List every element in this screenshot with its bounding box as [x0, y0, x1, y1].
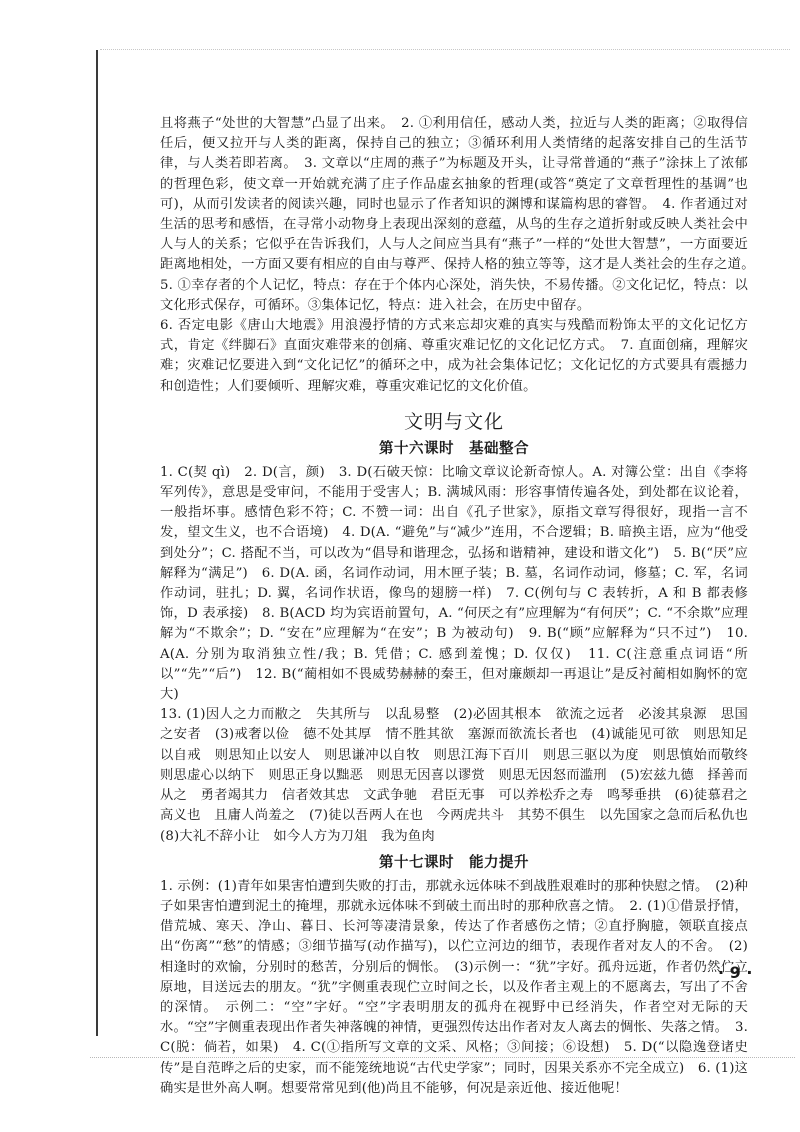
- lesson16-answer-13: 13. (1)因人之力而敝之 失其所与 以乱易整 (2)必固其根本 欲流之远者 …: [160, 705, 748, 846]
- answer-key-page: 且将燕子“处世的大智慧”凸显了出来。 2. ①利用信任，感动人类，拉近与人类的距…: [160, 114, 748, 1099]
- lesson17-title: 第十七课时 能力提升: [160, 853, 748, 873]
- previous-section-answers-6-7: 6. 否定电影《唐山大地震》用浪漫抒情的方式来忘却灾难的真实与残酷而粉饰太平的文…: [160, 316, 748, 397]
- previous-section-answers-2-5: 且将燕子“处世的大智慧”凸显了出来。 2. ①利用信任，感动人类，拉近与人类的距…: [160, 114, 748, 316]
- scan-artifact-binding-edge: [96, 50, 98, 1036]
- scan-artifact-bottom-dots: [90, 1057, 795, 1058]
- page-number: · 9 ·: [718, 963, 752, 982]
- scan-artifact-top-dots: [100, 49, 790, 50]
- lesson16-answers-1-12: 1. C(契 qì) 2. D(言，颜) 3. D(石破天惊：比喻文章议论新奇惊…: [160, 463, 748, 705]
- unit-title: 文明与文化: [160, 409, 748, 435]
- lesson16-title: 第十六课时 基础整合: [160, 439, 748, 459]
- lesson17-answers: 1. 示例：(1)青年如果害怕遭到失败的打击，那就永远体味不到战胜艰难时的那种快…: [160, 877, 748, 1099]
